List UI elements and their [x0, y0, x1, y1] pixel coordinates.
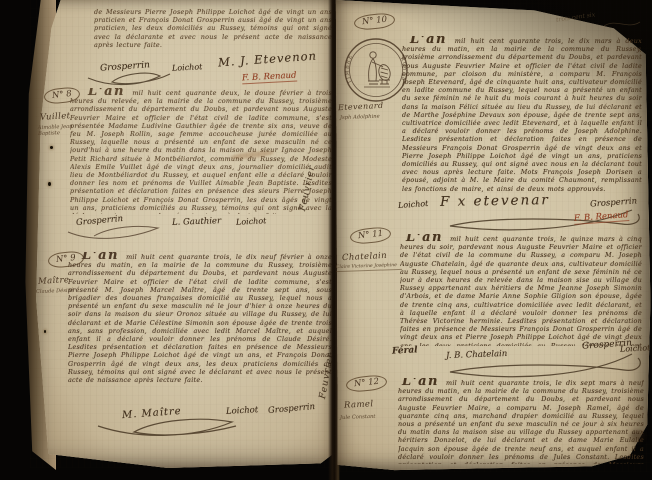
margin-surname: Maître — [38, 275, 70, 287]
scanned-register-page: de Messieurs Pierre Joseph Philippe Loic… — [0, 0, 652, 480]
act-body: L'an mil huit cent quarante trois, le qu… — [400, 234, 642, 346]
margin-surname: Ramel — [344, 399, 374, 411]
signature: Loichot — [620, 343, 651, 354]
signature: F x etevenar — [440, 192, 550, 210]
continuation-body: de Messieurs Pierre Joseph Philippe Loic… — [94, 8, 332, 49]
signature: Loichot — [236, 216, 267, 227]
signature: Féral — [392, 345, 418, 356]
act-body: L'an mil huit cent quarante trois, le di… — [398, 378, 644, 464]
act-body-text: mil huit cent quarante trois, le quinze … — [400, 235, 642, 346]
left-page: de Messieurs Pierre Joseph Philippe Loic… — [30, 0, 336, 468]
act-body: L'an mil huit cent quarante deux, le dou… — [70, 88, 332, 214]
signature: L. Gauthier — [172, 216, 221, 228]
act-body: L'an mil huit cent quarante trois, le di… — [402, 36, 642, 196]
signature: J. B. Chatelain — [446, 349, 508, 361]
act-body-text: mil huit cent quarante trois, le dix mar… — [402, 37, 642, 193]
signature: Loichot — [226, 405, 259, 417]
margin-surname: Vuillet — [40, 111, 71, 123]
wormhole — [48, 182, 51, 186]
wormhole — [44, 330, 46, 333]
act-body-text: mil huit cent quarante trois, le dix sep… — [398, 379, 644, 464]
act-body: L'an mil huit cent quarante trois, le di… — [68, 252, 332, 402]
act-body-text: mil huit cent quarante trois, le dix neu… — [68, 253, 332, 384]
act-body-text: mil huit cent quarante deux, le douze fé… — [70, 89, 332, 214]
right-page: trois cent six N° 10 TIMBRE ROYAL — [334, 0, 652, 472]
wormhole — [50, 146, 53, 149]
signature: Loichot — [172, 62, 203, 73]
